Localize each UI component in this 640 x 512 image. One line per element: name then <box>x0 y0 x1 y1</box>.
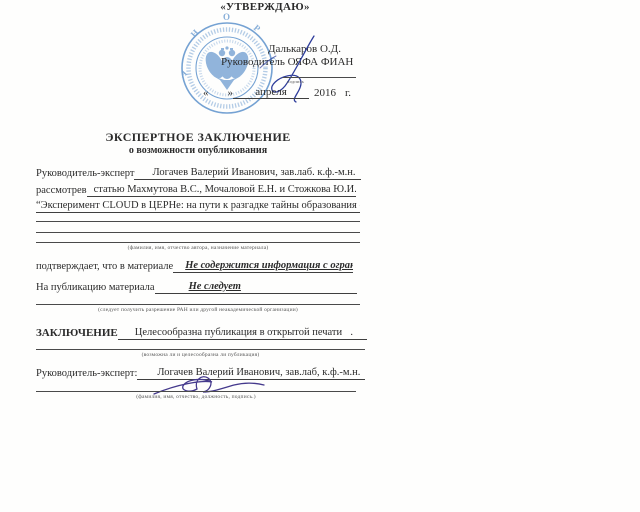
reviewed-value: статью Махмутова В.С., Мочаловой Е.Н. и … <box>87 184 356 197</box>
expert-value: Логачев Валерий Иванович, зав.лаб. к.ф.-… <box>134 167 361 180</box>
confirm-value: Не содержится информация с ограниченным … <box>173 260 353 273</box>
conclusion-label: ЗАКЛЮЧЕНИЕ <box>36 327 118 339</box>
final-caption: (фамилия, имя, отчество, должность, подп… <box>36 394 356 400</box>
signature-line-caption: подпись <box>287 79 304 84</box>
date-year: 2016 <box>309 87 336 99</box>
blank-line <box>36 232 360 233</box>
expert-row: Руководитель-эксперт Логачев Валерий Ива… <box>36 167 361 180</box>
quote-open: « <box>203 87 209 99</box>
stamp-arc-letter: А <box>178 67 189 79</box>
stamp-arc-letter: О <box>223 12 230 22</box>
blank-line <box>36 242 360 243</box>
signature-line <box>283 77 356 78</box>
publication-label: На публикацию материала <box>36 282 155 294</box>
final-line <box>36 391 356 392</box>
expert2-label: Руководитель-эксперт: <box>36 368 137 380</box>
publication-value: Не следует <box>155 281 357 294</box>
stamp-arc-letter: Н <box>189 27 201 39</box>
date-row: « » апреля 2016 г. <box>203 86 403 99</box>
publication-row: На публикацию материала Не следует <box>36 281 357 294</box>
reviewed-row: рассмотрев статью Махмутова В.С., Мочало… <box>36 184 356 197</box>
confirm-label: подтверждает, что в материале <box>36 261 173 273</box>
conclusion-caption: (возможна ли и целесообразна ли публикац… <box>36 352 365 358</box>
author-caption: (фамилия, имя, отчество автора, назначен… <box>36 245 360 251</box>
article-title-row: “Эксперимент CLOUD в ЦЕРНе: на пути к ра… <box>36 200 360 213</box>
date-year-suffix: г. <box>345 87 351 99</box>
conclusion-line <box>36 349 365 350</box>
document-subtitle: о возможности опубликования <box>58 145 338 156</box>
conclusion-value: Целесообразна публикация в открытой печа… <box>135 327 342 339</box>
document-title: ЭКСПЕРТНОЕ ЗАКЛЮЧЕНИЕ <box>58 130 338 145</box>
confirm-row: подтверждает, что в материале Не содержи… <box>36 260 353 273</box>
scanned-document: «УТВЕРЖДАЮ» А Н О Р С <box>0 0 640 512</box>
expert-label: Руководитель-эксперт <box>36 168 134 180</box>
reviewed-label: рассмотрев <box>36 185 87 197</box>
eagle-emblem <box>202 46 252 90</box>
permission-line <box>36 304 360 305</box>
conclusion-underline: Целесообразна публикация в открытой печа… <box>118 327 367 340</box>
blank-line <box>36 221 360 222</box>
conclusion-row: ЗАКЛЮЧЕНИЕ Целесообразна публикация в от… <box>36 327 367 340</box>
permission-caption: (следует получить разрешение РАН или дру… <box>36 307 360 313</box>
date-month: апреля <box>233 86 309 99</box>
article-title: “Эксперимент CLOUD в ЦЕРНе: на пути к ра… <box>36 200 360 213</box>
